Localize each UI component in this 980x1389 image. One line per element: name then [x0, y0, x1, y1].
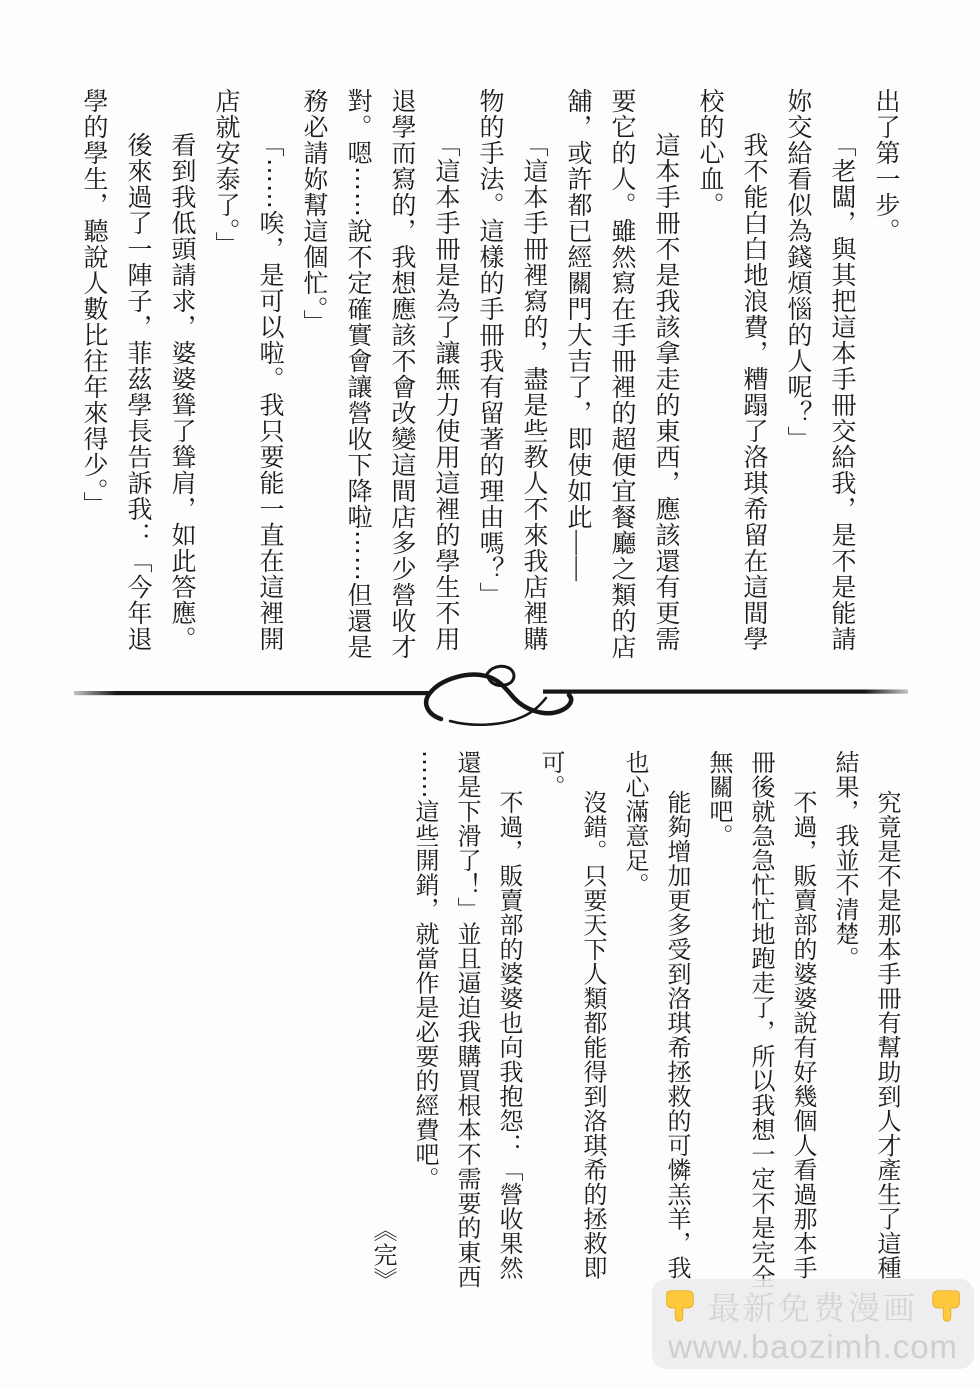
text-column: 冊後就急急忙忙地跑走了，所以我想一定不是完全	[739, 750, 781, 1291]
text-section-bottom: 究竟是不是那本手冊有幫助到人才產生了這種 結果，我並不清楚。 不過，販賣部的婆婆…	[361, 750, 907, 1291]
text-column: ⋯⋯這些開銷，就當作是必要的經費吧。	[403, 750, 445, 1291]
text-column: 我不能白白地浪費，糟蹋了洛琪希留在這間學	[731, 88, 775, 664]
text-column: 這本手冊不是我該拿走的東西，應該還有更需	[643, 88, 687, 664]
text-column: 究竟是不是那本手冊有幫助到人才產生了這種	[865, 750, 907, 1291]
text-column: 不過，販賣部的婆婆也向我抱怨：「營收果然	[487, 750, 529, 1291]
text-column: 舖，或許都已經關門大吉了，即使如此——	[555, 88, 599, 664]
text-column: 退學而寫的，我想應該不會改變這間店多少營收才	[379, 88, 423, 664]
watermark-title: 最新免费漫画	[708, 1283, 918, 1329]
text-column: 「⋯⋯唉，是可以啦。我只要能一直在這裡開	[247, 88, 291, 664]
watermark-url: www.baozimh.com	[668, 1328, 958, 1366]
section-divider	[0, 640, 980, 750]
text-column: 對。嗯⋯⋯說不定確實會讓營收下降啦⋯⋯但還是	[335, 88, 379, 664]
text-column: 可。	[529, 750, 571, 1291]
text-column: 務必請妳幫這個忙。」	[291, 88, 335, 664]
text-column: 還是下滑了！」並且逼迫我購買根本不需要的東西	[445, 750, 487, 1291]
text-column: 學的學生，聽說人數比往年來得少。」	[71, 88, 115, 664]
divider-line-right	[543, 690, 908, 694]
text-column: 物的手法。這樣的手冊我有留著的理由嗎？」	[467, 88, 511, 664]
text-column: 也心滿意足。	[613, 750, 655, 1291]
text-column: 店就安泰了。」	[203, 88, 247, 664]
text-column: 無關吧。	[697, 750, 739, 1291]
text-column: 沒錯。只要天下人類都能得到洛琪希的拯救即	[571, 750, 613, 1291]
text-column: 「老闆，與其把這本手冊交給我，是不是能請	[819, 88, 863, 664]
manga-novel-page: 出了第一步。 「老闆，與其把這本手冊交給我，是不是能請 妳交給看似為錢煩惱的人呢…	[0, 0, 980, 1389]
watermark-overlay: 最新免费漫画 www.baozimh.com	[652, 1279, 974, 1369]
text-column: 結果，我並不清楚。	[823, 750, 865, 1291]
watermark-title-row: 最新免费漫画	[652, 1283, 974, 1329]
text-column: 出了第一步。	[863, 88, 907, 664]
end-mark: 《完》	[361, 750, 403, 1291]
text-column: 後來過了一陣子，菲茲學長告訴我：「今年退	[115, 88, 159, 664]
text-column: 看到我低頭請求，婆婆聳了聳肩，如此答應。	[159, 88, 203, 664]
text-column: 「這本手冊是為了讓無力使用這裡的學生不用	[423, 88, 467, 664]
flourish-ornament-icon	[426, 666, 571, 725]
text-column: 不過，販賣部的婆婆說有好幾個人看過那本手	[781, 750, 823, 1291]
divider-line-left	[74, 691, 430, 695]
text-column: 校的心血。	[687, 88, 731, 664]
text-column: 「這本手冊裡寫的，盡是些教人不來我店裡購	[511, 88, 555, 664]
text-column: 能夠增加更多受到洛琪希拯救的可憐羔羊，我	[655, 750, 697, 1291]
pointing-down-finger-icon	[660, 1287, 698, 1325]
text-column: 妳交給看似為錢煩惱的人呢？」	[775, 88, 819, 664]
text-section-top: 出了第一步。 「老闆，與其把這本手冊交給我，是不是能請 妳交給看似為錢煩惱的人呢…	[71, 88, 907, 664]
pointing-down-finger-icon	[928, 1287, 966, 1325]
text-column: 要它的人。雖然寫在手冊裡的超便宜餐廳之類的店	[599, 88, 643, 664]
